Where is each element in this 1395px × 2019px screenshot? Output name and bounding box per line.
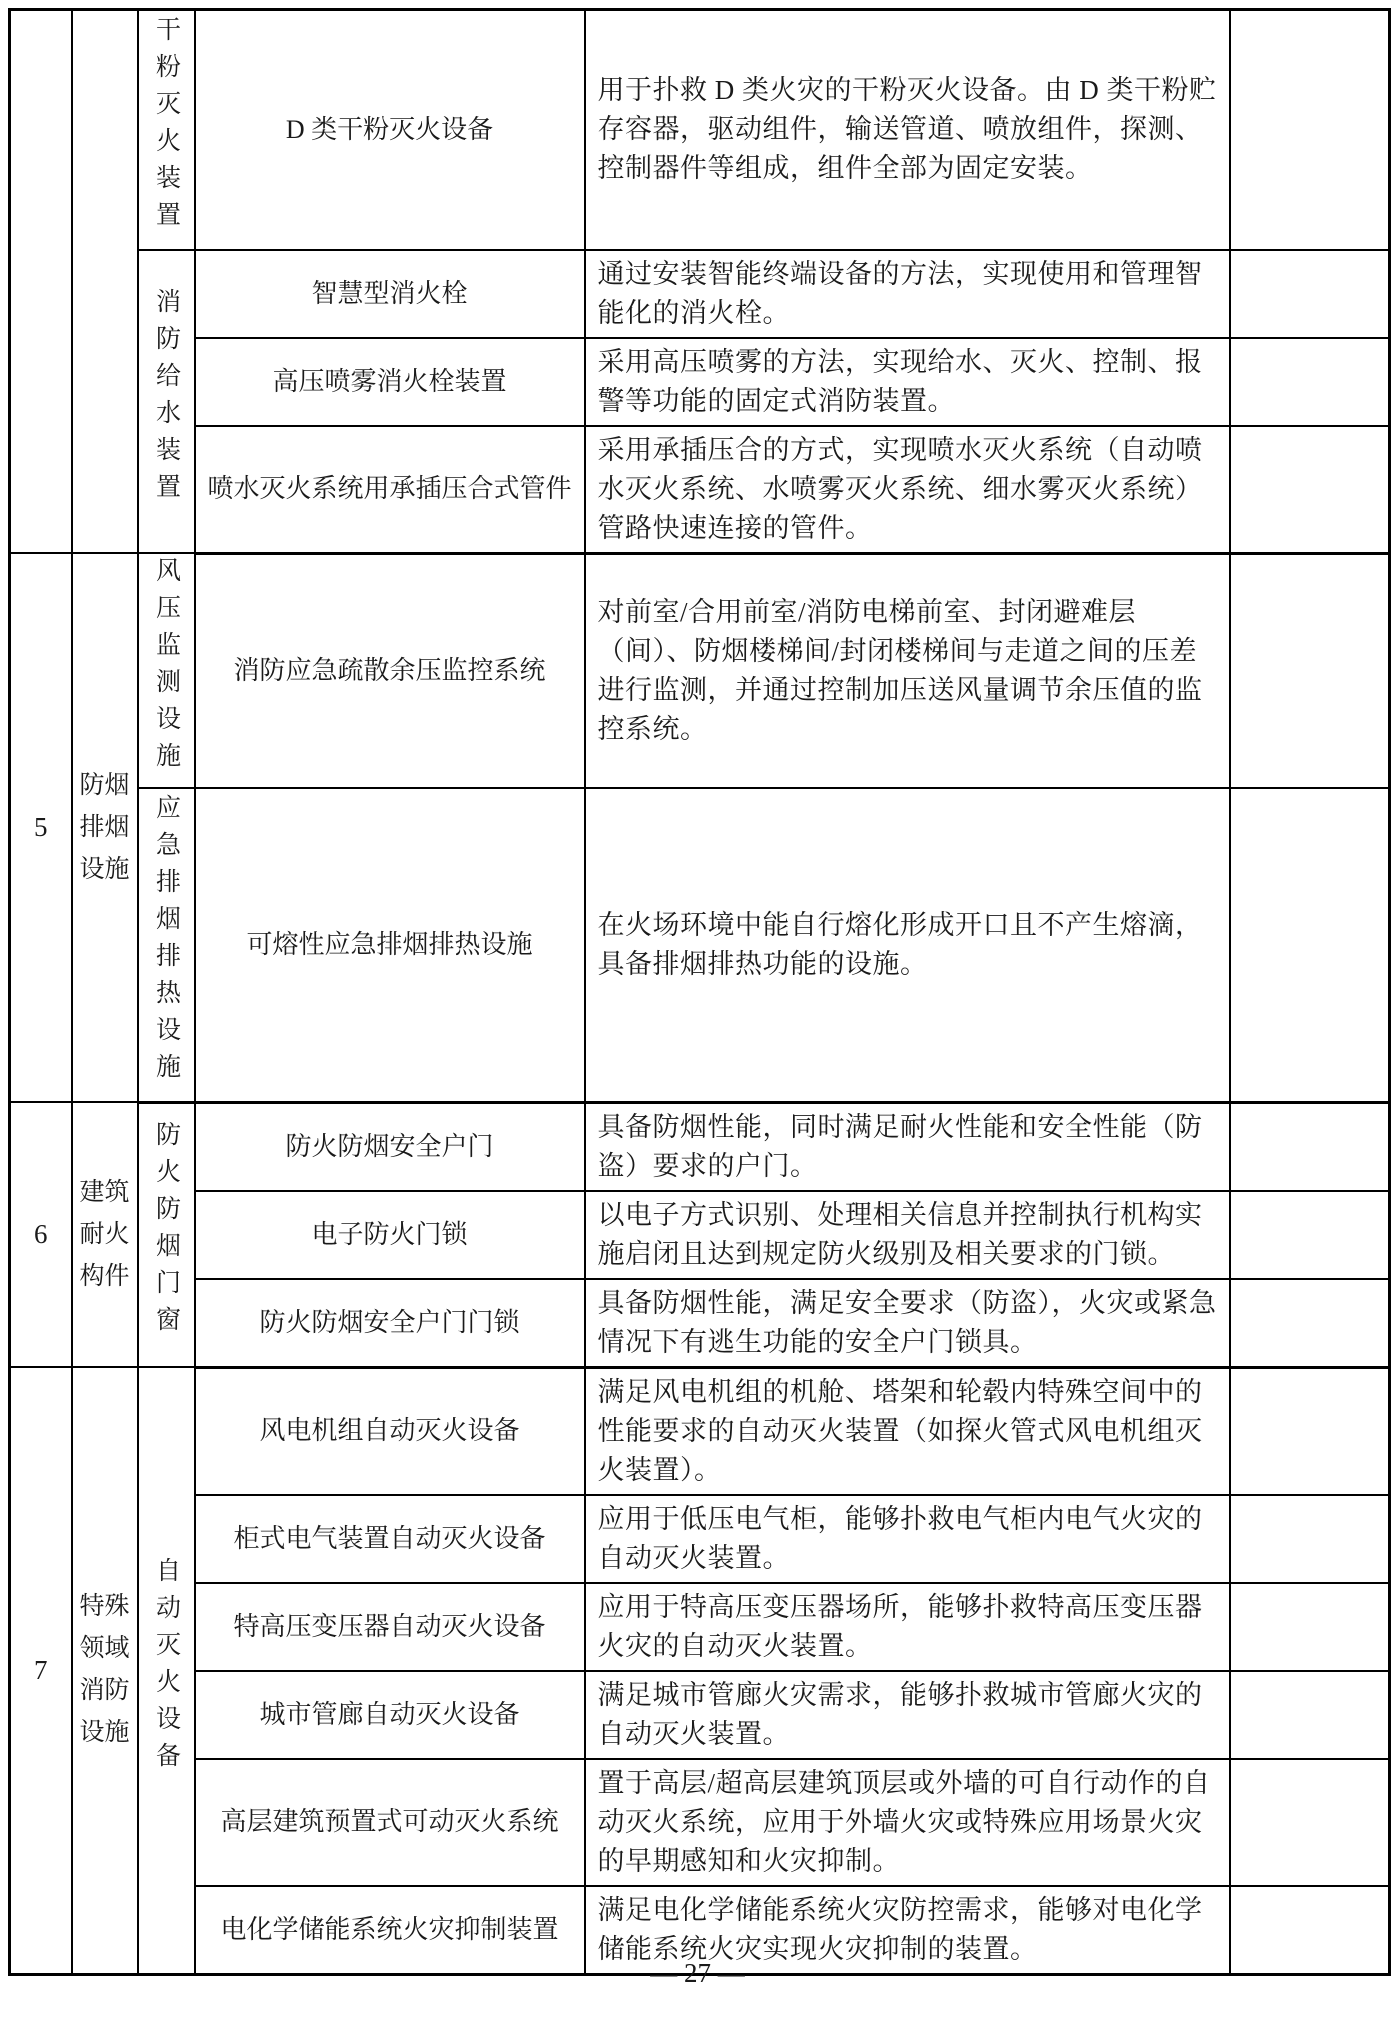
table-row: 高压喷雾消火栓装置 采用高压喷雾的方法，实现给水、灭火、控制、报警等功能的固定式… xyxy=(10,338,1390,426)
remarks-cell xyxy=(1230,1495,1390,1583)
category-label: 特殊领域消防设施 xyxy=(80,1586,130,1754)
subcategory-label: 风压监测设施 xyxy=(154,557,179,779)
document-page: 干粉灭火装置 D 类干粉灭火设备 用于扑救 D 类火灾的干粉灭火设备。由 D 类… xyxy=(0,0,1395,2019)
description-cell: 用于扑救 D 类火灾的干粉灭火设备。由 D 类干粉贮存容器，驱动组件，输送管道、… xyxy=(585,10,1230,250)
item-name-cell: 可熔性应急排烟排热设施 xyxy=(195,788,585,1102)
category-cell: 防烟排烟设施 xyxy=(72,553,138,1102)
item-name-cell: 防火防烟安全户门门锁 xyxy=(195,1279,585,1368)
subcategory-label: 干粉灭火装置 xyxy=(154,16,179,238)
description-cell: 以电子方式识别、处理相关信息并控制执行机构实施启闭且达到规定防火级别及相关要求的… xyxy=(585,1191,1230,1279)
description-cell: 应用于特高压变压器场所，能够扑救特高压变压器火灾的自动灭火装置。 xyxy=(585,1583,1230,1671)
description-cell: 采用高压喷雾的方法，实现给水、灭火、控制、报警等功能的固定式消防装置。 xyxy=(585,338,1230,426)
item-name-cell: D 类干粉灭火设备 xyxy=(195,10,585,250)
description-cell: 满足城市管廊火灾需求，能够扑救城市管廊火灾的自动灭火装置。 xyxy=(585,1671,1230,1759)
remarks-cell xyxy=(1230,338,1390,426)
description-cell: 置于高层/超高层建筑顶层或外墙的可自行动作的自动灭火系统，应用于外墙火灾或特殊应… xyxy=(585,1759,1230,1886)
remarks-cell xyxy=(1230,1583,1390,1671)
category-cell xyxy=(72,10,138,554)
item-name-cell: 风电机组自动灭火设备 xyxy=(195,1367,585,1495)
table-row: 防火防烟安全户门门锁 具备防烟性能，满足安全要求（防盗），火灾或紧急情况下有逃生… xyxy=(10,1279,1390,1368)
subcategory-cell: 应急排烟排热设施 xyxy=(138,788,195,1102)
table-row: 电子防火门锁 以电子方式识别、处理相关信息并控制执行机构实施启闭且达到规定防火级… xyxy=(10,1191,1390,1279)
row-number-cell: 5 xyxy=(10,553,72,1102)
remarks-cell xyxy=(1230,1279,1390,1368)
remarks-cell xyxy=(1230,10,1390,250)
category-label: 防烟排烟设施 xyxy=(80,765,130,891)
subcategory-label: 应急排烟排热设施 xyxy=(154,794,179,1090)
remarks-cell xyxy=(1230,1367,1390,1495)
table-row: 消防给水装置 智慧型消火栓 通过安装智能终端设备的方法，实现使用和管理智能化的消… xyxy=(10,250,1390,338)
row-number-cell: 7 xyxy=(10,1367,72,1974)
remarks-cell xyxy=(1230,1191,1390,1279)
row-number-cell xyxy=(10,10,72,554)
item-name-cell: 高层建筑预置式可动灭火系统 xyxy=(195,1759,585,1886)
category-cell: 特殊领域消防设施 xyxy=(72,1367,138,1974)
item-name-cell: 防火防烟安全户门 xyxy=(195,1102,585,1191)
table-row: 柜式电气装置自动灭火设备 应用于低压电气柜，能够扑救电气柜内电气火灾的自动灭火装… xyxy=(10,1495,1390,1583)
description-cell: 在火场环境中能自行熔化形成开口且不产生熔滴，具备排烟排热功能的设施。 xyxy=(585,788,1230,1102)
description-cell: 通过安装智能终端设备的方法，实现使用和管理智能化的消火栓。 xyxy=(585,250,1230,338)
row-number-cell: 6 xyxy=(10,1102,72,1367)
subcategory-cell: 消防给水装置 xyxy=(138,250,195,554)
subcategory-cell: 防火防烟门窗 xyxy=(138,1102,195,1367)
remarks-cell xyxy=(1230,1759,1390,1886)
table-row: 6 建筑耐火构件 防火防烟门窗 防火防烟安全户门 具备防烟性能，同时满足耐火性能… xyxy=(10,1102,1390,1191)
subcategory-label: 防火防烟门窗 xyxy=(154,1121,179,1343)
item-name-cell: 喷水灭火系统用承插压合式管件 xyxy=(195,426,585,554)
remarks-cell xyxy=(1230,1671,1390,1759)
remarks-cell xyxy=(1230,788,1390,1102)
remarks-cell xyxy=(1230,426,1390,554)
table-row: 特高压变压器自动灭火设备 应用于特高压变压器场所，能够扑救特高压变压器火灾的自动… xyxy=(10,1583,1390,1671)
item-name-cell: 城市管廊自动灭火设备 xyxy=(195,1671,585,1759)
item-name-cell: 高压喷雾消火栓装置 xyxy=(195,338,585,426)
subcategory-cell: 干粉灭火装置 xyxy=(138,10,195,250)
page-number: — 27 — xyxy=(0,1958,1395,1989)
category-label: 建筑耐火构件 xyxy=(80,1172,130,1298)
description-cell: 对前室/合用前室/消防电梯前室、封闭避难层（间）、防烟楼梯间/封闭楼梯间与走道之… xyxy=(585,553,1230,788)
table-row: 应急排烟排热设施 可熔性应急排烟排热设施 在火场环境中能自行熔化形成开口且不产生… xyxy=(10,788,1390,1102)
item-name-cell: 智慧型消火栓 xyxy=(195,250,585,338)
table-row: 干粉灭火装置 D 类干粉灭火设备 用于扑救 D 类火灾的干粉灭火设备。由 D 类… xyxy=(10,10,1390,250)
category-cell: 建筑耐火构件 xyxy=(72,1102,138,1367)
subcategory-cell: 自动灭火设备 xyxy=(138,1367,195,1974)
remarks-cell xyxy=(1230,250,1390,338)
subcategory-cell: 风压监测设施 xyxy=(138,553,195,788)
remarks-cell xyxy=(1230,553,1390,788)
description-cell: 具备防烟性能，满足安全要求（防盗），火灾或紧急情况下有逃生功能的安全户门锁具。 xyxy=(585,1279,1230,1368)
remarks-cell xyxy=(1230,1102,1390,1191)
table-row: 喷水灭火系统用承插压合式管件 采用承插压合的方式，实现喷水灭火系统（自动喷水灭火… xyxy=(10,426,1390,554)
description-cell: 采用承插压合的方式，实现喷水灭火系统（自动喷水灭火系统、水喷雾灭火系统、细水雾灭… xyxy=(585,426,1230,554)
item-name-cell: 消防应急疏散余压监控系统 xyxy=(195,553,585,788)
item-name-cell: 特高压变压器自动灭火设备 xyxy=(195,1583,585,1671)
table-row: 高层建筑预置式可动灭火系统 置于高层/超高层建筑顶层或外墙的可自行动作的自动灭火… xyxy=(10,1759,1390,1886)
item-name-cell: 电子防火门锁 xyxy=(195,1191,585,1279)
fire-equipment-table: 干粉灭火装置 D 类干粉灭火设备 用于扑救 D 类火灾的干粉灭火设备。由 D 类… xyxy=(8,8,1391,1976)
table-row: 城市管廊自动灭火设备 满足城市管廊火灾需求，能够扑救城市管廊火灾的自动灭火装置。 xyxy=(10,1671,1390,1759)
subcategory-label: 消防给水装置 xyxy=(154,288,179,510)
table-row: 5 防烟排烟设施 风压监测设施 消防应急疏散余压监控系统 对前室/合用前室/消防… xyxy=(10,553,1390,788)
subcategory-label: 自动灭火设备 xyxy=(154,1557,179,1779)
description-cell: 具备防烟性能，同时满足耐火性能和安全性能（防盗）要求的户门。 xyxy=(585,1102,1230,1191)
table-row: 7 特殊领域消防设施 自动灭火设备 风电机组自动灭火设备 满足风电机组的机舱、塔… xyxy=(10,1367,1390,1495)
description-cell: 满足风电机组的机舱、塔架和轮毂内特殊空间中的性能要求的自动灭火装置（如探火管式风… xyxy=(585,1367,1230,1495)
description-cell: 应用于低压电气柜，能够扑救电气柜内电气火灾的自动灭火装置。 xyxy=(585,1495,1230,1583)
item-name-cell: 柜式电气装置自动灭火设备 xyxy=(195,1495,585,1583)
